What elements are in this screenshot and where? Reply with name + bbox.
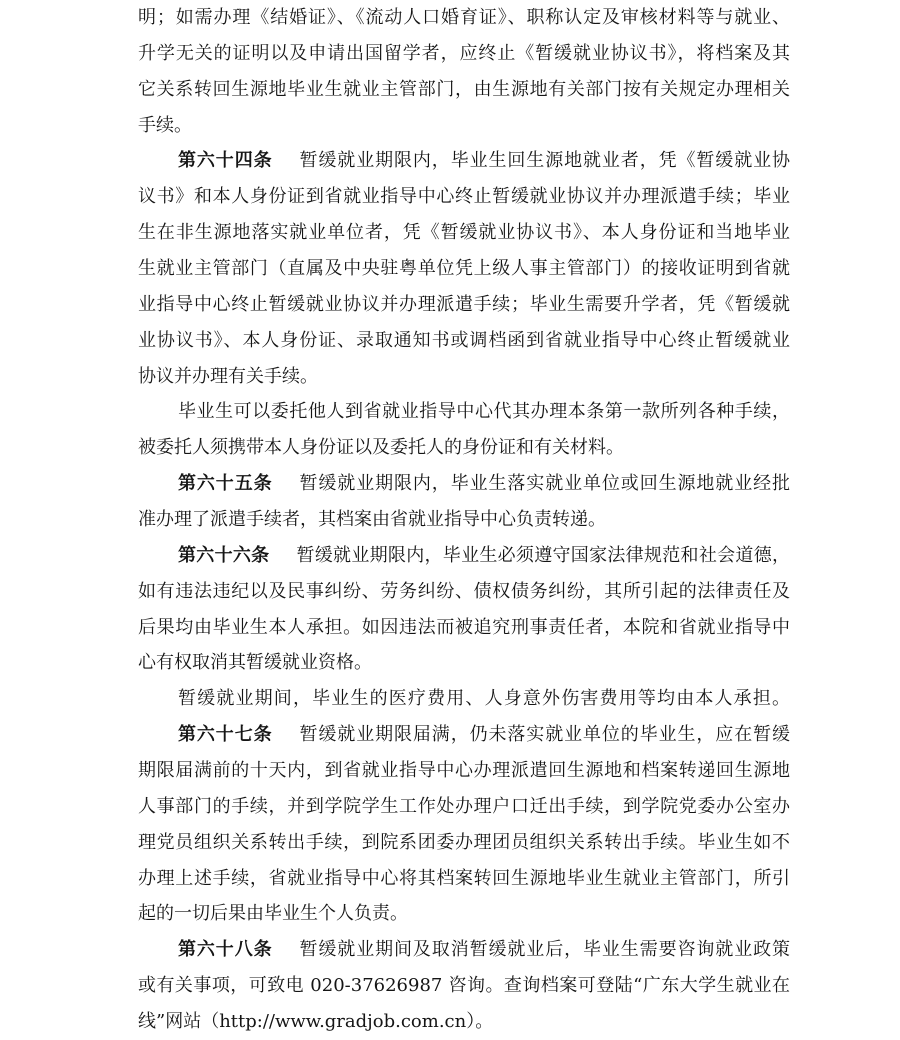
text-line: 期限届满前的十天内，到省就业指导中心办理派遣回生源地和档案转递回生源地 (138, 753, 790, 789)
line-text: 办理上述手续，省就业指导中心将其档案转回生源地毕业生就业主管部门，所引 (138, 868, 790, 889)
article-number: 第六十五条 (178, 473, 273, 494)
text-line: 升学无关的证明以及申请出国留学者，应终止《暂缓就业协议书》，将档案及其 (138, 36, 790, 72)
article-number: 第六十七条 (178, 724, 273, 745)
text-line: 第六十六条暂缓就业期限内，毕业生必须遵守国家法律规范和社会道德， (138, 538, 790, 574)
text-line: 生在非生源地落实就业单位者，凭《暂缓就业协议书》、本人身份证和当地毕业 (138, 215, 790, 251)
text-line: 理党员组织关系转出手续，到院系团委办理团员组织关系转出手续。毕业生如不 (138, 825, 790, 861)
line-text: 或有关事项，可致电 020-37626987 咨询。查询档案可登陆“广东大学生就… (138, 975, 790, 996)
line-text: 暂缓就业期间，毕业生的医疗费用、人身意外伤害费用等均由本人承担。 (178, 688, 790, 709)
text-line: 第六十五条暂缓就业期限内，毕业生落实就业单位或回生源地就业经批 (138, 466, 790, 502)
line-text: 暂缓就业期限内，毕业生必须遵守国家法律规范和社会道德， (296, 545, 790, 566)
text-line: 办理上述手续，省就业指导中心将其档案转回生源地毕业生就业主管部门，所引 (138, 861, 790, 897)
line-text: 它关系转回生源地毕业生就业主管部门，由生源地有关部门按有关规定办理相关 (138, 79, 790, 100)
line-text: 手续。 (138, 115, 192, 136)
text-line: 心有权取消其暂缓就业资格。 (138, 645, 790, 681)
line-text: 暂缓就业期限届满，仍未落实就业单位的毕业生，应在暂缓 (300, 724, 791, 745)
line-text: 业协议书》、本人身份证、录取通知书或调档函到省就业指导中心终止暂缓就业 (138, 330, 790, 351)
article-number: 第六十四条 (178, 150, 273, 171)
text-line: 协议并办理有关手续。 (138, 359, 790, 395)
text-line: 第六十四条暂缓就业期限内，毕业生回生源地就业者，凭《暂缓就业协 (138, 143, 790, 179)
article-number: 第六十六条 (178, 545, 269, 566)
line-text: 理党员组织关系转出手续，到院系团委办理团员组织关系转出手续。毕业生如不 (138, 832, 790, 853)
text-line: 第六十七条暂缓就业期限届满，仍未落实就业单位的毕业生，应在暂缓 (138, 717, 790, 753)
text-line: 准办理了派遣手续者，其档案由省就业指导中心负责转递。 (138, 502, 790, 538)
line-text: 协议并办理有关手续。 (138, 366, 318, 387)
line-text: 线”网站（http://www.gradjob.com.cn）。 (138, 1011, 493, 1032)
line-text: 生在非生源地落实就业单位者，凭《暂缓就业协议书》、本人身份证和当地毕业 (138, 222, 790, 243)
line-text: 议书》和本人身份证到省就业指导中心终止暂缓就业协议并办理派遣手续；毕业 (138, 186, 790, 207)
text-line: 起的一切后果由毕业生个人负责。 (138, 896, 790, 932)
line-text: 人事部门的手续，并到学院学生工作处办理户口迁出手续，到学院党委办公室办 (138, 796, 790, 817)
document-page: { "page": { "background": "#ffffff", "te… (0, 0, 900, 1040)
line-text: 明；如需办理《结婚证》、《流动人口婚育证》、职称认定及审核材料等与就业、 (138, 7, 790, 28)
text-line: 后果均由毕业生本人承担。如因违法而被追究刑事责任者，本院和省就业指导中 (138, 610, 790, 646)
text-line: 如有违法违纪以及民事纠纷、劳务纠纷、债权债务纠纷，其所引起的法律责任及 (138, 574, 790, 610)
text-line: 业指导中心终止暂缓就业协议并办理派遣手续；毕业生需要升学者，凭《暂缓就 (138, 287, 790, 323)
line-text: 暂缓就业期限内，毕业生落实就业单位或回生源地就业经批 (300, 473, 791, 494)
line-text: 暂缓就业期限内，毕业生回生源地就业者，凭《暂缓就业协 (300, 150, 791, 171)
line-text: 期限届满前的十天内，到省就业指导中心办理派遣回生源地和档案转递回生源地 (138, 760, 790, 781)
text-line: 业协议书》、本人身份证、录取通知书或调档函到省就业指导中心终止暂缓就业 (138, 323, 790, 359)
line-text: 后果均由毕业生本人承担。如因违法而被追究刑事责任者，本院和省就业指导中 (138, 617, 790, 638)
text-line: 暂缓就业期间，毕业生的医疗费用、人身意外伤害费用等均由本人承担。 (138, 681, 790, 717)
text-line: 明；如需办理《结婚证》、《流动人口婚育证》、职称认定及审核材料等与就业、 (138, 0, 790, 36)
text-line: 被委托人须携带本人身份证以及委托人的身份证和有关材料。 (138, 430, 790, 466)
text-line: 第六十八条暂缓就业期间及取消暂缓就业后，毕业生需要咨询就业政策 (138, 932, 790, 968)
text-line: 或有关事项，可致电 020-37626987 咨询。查询档案可登陆“广东大学生就… (138, 968, 790, 1004)
line-text: 生就业主管部门（直属及中央驻粤单位凭上级人事主管部门）的接收证明到省就 (138, 258, 790, 279)
line-text: 升学无关的证明以及申请出国留学者，应终止《暂缓就业协议书》，将档案及其 (138, 43, 790, 64)
text-page-body: 明；如需办理《结婚证》、《流动人口婚育证》、职称认定及审核材料等与就业、升学无关… (138, 0, 790, 1040)
line-text: 心有权取消其暂缓就业资格。 (138, 652, 372, 673)
line-text: 如有违法违纪以及民事纠纷、劳务纠纷、债权债务纠纷，其所引起的法律责任及 (138, 581, 790, 602)
text-line: 议书》和本人身份证到省就业指导中心终止暂缓就业协议并办理派遣手续；毕业 (138, 179, 790, 215)
text-line: 手续。 (138, 108, 790, 144)
text-line: 它关系转回生源地毕业生就业主管部门，由生源地有关部门按有关规定办理相关 (138, 72, 790, 108)
line-text: 暂缓就业期间及取消暂缓就业后，毕业生需要咨询就业政策 (300, 939, 791, 960)
text-line: 生就业主管部门（直属及中央驻粤单位凭上级人事主管部门）的接收证明到省就 (138, 251, 790, 287)
article-number: 第六十八条 (178, 939, 273, 960)
line-text: 准办理了派遣手续者，其档案由省就业指导中心负责转递。 (138, 509, 606, 530)
line-text: 起的一切后果由毕业生个人负责。 (138, 903, 408, 924)
text-line: 线”网站（http://www.gradjob.com.cn）。 (138, 1004, 790, 1040)
text-line: 人事部门的手续，并到学院学生工作处办理户口迁出手续，到学院党委办公室办 (138, 789, 790, 825)
line-text: 毕业生可以委托他人到省就业指导中心代其办理本条第一款所列各种手续， (178, 401, 790, 422)
text-line: 毕业生可以委托他人到省就业指导中心代其办理本条第一款所列各种手续， (138, 394, 790, 430)
line-text: 业指导中心终止暂缓就业协议并办理派遣手续；毕业生需要升学者，凭《暂缓就 (138, 294, 790, 315)
line-text: 被委托人须携带本人身份证以及委托人的身份证和有关材料。 (138, 437, 624, 458)
